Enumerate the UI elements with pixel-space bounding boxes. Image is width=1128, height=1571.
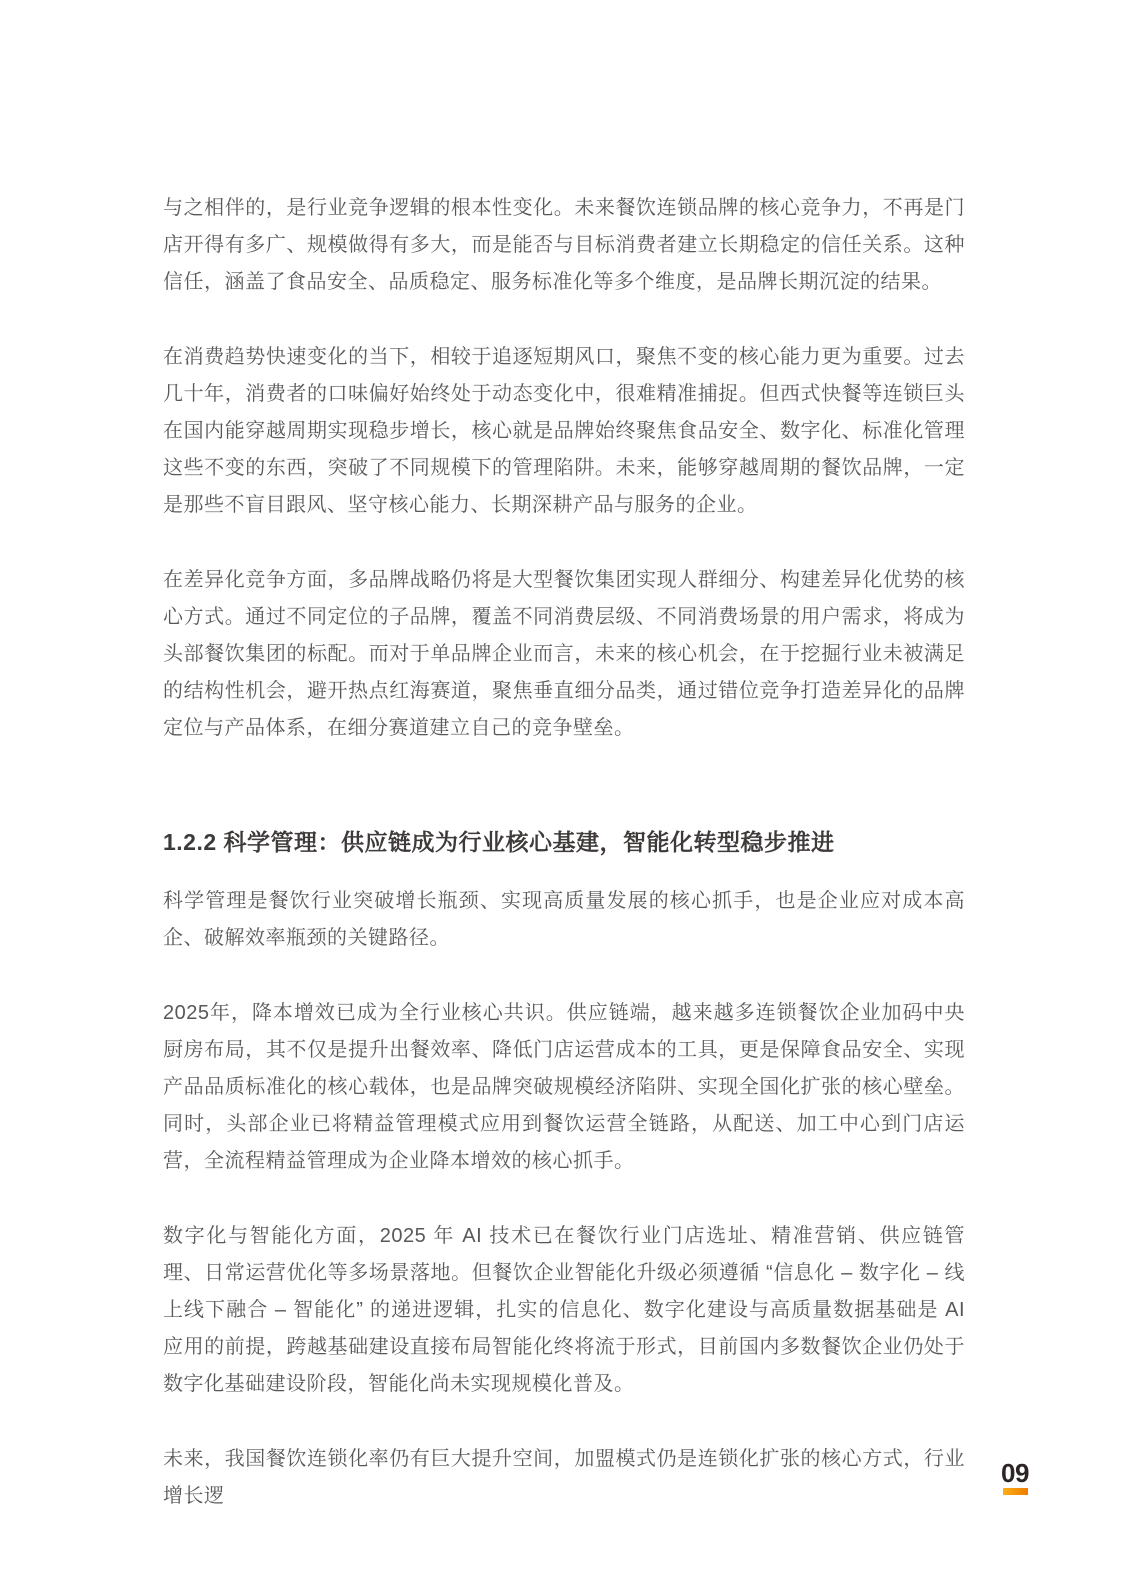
paragraph-digitalization-ai: 数字化与智能化方面，2025 年 AI 技术已在餐饮行业门店选址、精准营销、供应… [163, 1218, 965, 1403]
paragraph-chain-rate-future: 未来，我国餐饮连锁化率仍有巨大提升空间，加盟模式仍是连锁化扩张的核心方式，行业增… [163, 1441, 965, 1515]
paragraph-core-capability-focus: 在消费趋势快速变化的当下，相较于追逐短期风口，聚焦不变的核心能力更为重要。过去几… [163, 339, 965, 524]
paragraph-supply-chain-central-kitchen: 2025年，降本增效已成为全行业核心共识。供应链端，越来越多连锁餐饮企业加码中央… [163, 995, 965, 1180]
paragraph-differentiated-competition: 在差异化竞争方面，多品牌战略仍将是大型餐饮集团实现人群细分、构建差异化优势的核心… [163, 562, 965, 747]
page-number-accent-bar [1003, 1488, 1028, 1495]
page-number: 09 [1000, 1459, 1030, 1487]
paragraph-industry-competition-logic: 与之相伴的，是行业竞争逻辑的根本性变化。未来餐饮连锁品牌的核心竞争力，不再是门店… [163, 190, 965, 301]
page-footer: 09 [1000, 1459, 1030, 1495]
paragraph-scientific-management-intro: 科学管理是餐饮行业突破增长瓶颈、实现高质量发展的核心抓手，也是企业应对成本高企、… [163, 883, 965, 957]
section-heading-1-2-2: 1.2.2 科学管理：供应链成为行业核心基建，智能化转型稳步推进 [163, 825, 965, 859]
page-content: 与之相伴的，是行业竞争逻辑的根本性变化。未来餐饮连锁品牌的核心竞争力，不再是门店… [163, 190, 965, 1553]
